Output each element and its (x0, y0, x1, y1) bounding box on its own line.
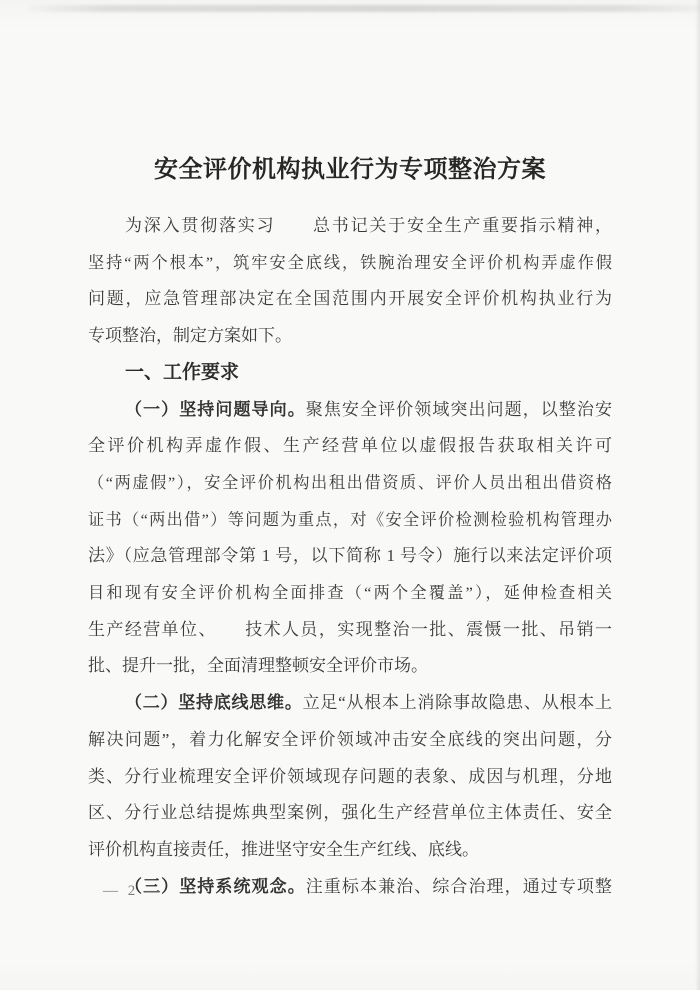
text-line: 为深入贯彻落实习 总书记关于安全生产重要指示精神， (88, 208, 612, 245)
text-line: 区、分行业总结提炼典型案例，强化生产经营单位主体责任、安全 (88, 795, 612, 832)
text-line: 法》（应急管理部令第 1 号，以下简称 1 号令）施行以来法定评价项 (88, 538, 612, 575)
paragraph-leadin: （二）坚持底线思维。 (125, 693, 303, 712)
text-line: （一）坚持问题导向。聚焦安全评价领域突出问题，以整治安 (88, 392, 612, 429)
scanned-document-page: 安全评价机构执业行为专项整治方案 为深入贯彻落实习 总书记关于安全生产重要指示精… (0, 0, 700, 990)
text-line: 评价机构直接责任，推进坚守安全生产红线、底线。 (88, 832, 612, 869)
intro-paragraph: 为深入贯彻落实习 总书记关于安全生产重要指示精神，坚持“两个根本”，筑牢安全底线… (88, 208, 612, 355)
paragraph-item-2: （二）坚持底线思维。立足“从根本上消除事故隐患、从根本上解决问题”，着力化解安全… (88, 685, 612, 869)
text-line: 坚持“两个根本”，筑牢安全底线，铁腕治理安全评价机构弄虚作假 (88, 245, 612, 282)
text-line: （二）坚持底线思维。立足“从根本上消除事故隐患、从根本上 (88, 685, 612, 722)
text-line: 专项整治，制定方案如下。 (88, 318, 612, 355)
text-line: 批、提升一批，全面清理整顿安全评价市场。 (88, 648, 612, 685)
scan-artifact-right-edge (695, 0, 700, 990)
text-line: （三）坚持系统观念。注重标本兼治、综合治理，通过专项整 (88, 869, 612, 906)
text-line: 目和现有安全评价机构全面排查（“两个全覆盖”），延伸检查相关 (88, 575, 612, 612)
document-title: 安全评价机构执业行为专项整治方案 (88, 152, 612, 188)
text-line: 证书（“两出借”）等问题为重点，对《安全评价检测检验机构管理办 (88, 502, 612, 539)
paragraph-leadin: （一）坚持问题导向。 (125, 400, 306, 419)
text-line: 问题，应急管理部决定在全国范围内开展安全评价机构执业行为 (88, 281, 612, 318)
text-line: （“两虚假”），安全评价机构出租出借资质、评价人员出租出借资格 (88, 465, 612, 502)
text-line: 生产经营单位、 技术人员，实现整治一批、震慑一批、吊销一 (88, 612, 612, 649)
text-line: 类、分行业梳理安全评价领域现存问题的表象、成因与机理，分地 (88, 759, 612, 796)
paragraph-item-3: （三）坚持系统观念。注重标本兼治、综合治理，通过专项整 (88, 869, 612, 906)
section-heading: 一、工作要求 (88, 355, 612, 392)
paragraph-item-1: （一）坚持问题导向。聚焦安全评价领域突出问题，以整治安全评价机构弄虚作假、生产经… (88, 392, 612, 686)
document-body: 安全评价机构执业行为专项整治方案 为深入贯彻落实习 总书记关于安全生产重要指示精… (88, 0, 612, 905)
page-number: — 2 — (103, 880, 163, 902)
text-line: 全评价机构弄虚作假、生产经营单位以虚假报告获取相关许可 (88, 428, 612, 465)
text-line: 解决问题”，着力化解安全评价领域冲击安全底线的突出问题，分 (88, 722, 612, 759)
